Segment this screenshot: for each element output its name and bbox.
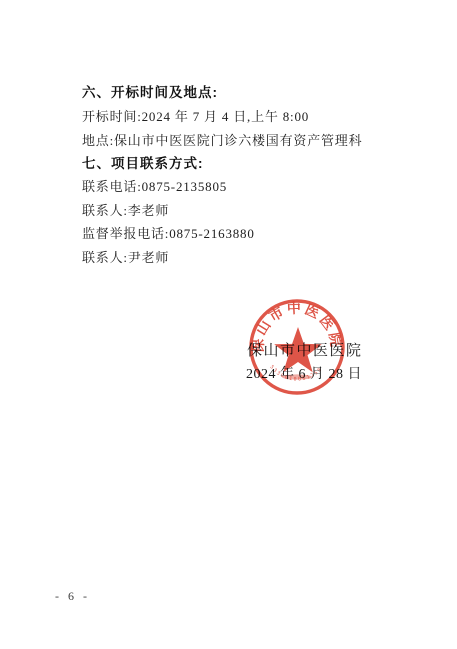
seal-star-icon — [274, 327, 322, 372]
line-bid-location: 地点:保山市中医医院门诊六楼国有资产管理科 — [82, 134, 362, 148]
seal-code: 5330010061758 — [268, 364, 324, 382]
page-number: - 6 - — [55, 589, 90, 604]
line-bid-time: 开标时间:2024 年 7 月 4 日,上午 8:00 — [82, 110, 309, 124]
seal-ink-smudge — [282, 374, 312, 379]
line-contact-person-2: 联系人:尹老师 — [82, 251, 169, 265]
line-contact-phone: 联系电话:0875-2135805 — [82, 180, 227, 194]
section-heading-bid-opening: 六、开标时间及地点: — [82, 86, 218, 100]
official-seal-stamp: 保山市中医医院 5330010061758 — [227, 277, 367, 417]
document-page: 六、开标时间及地点: 开标时间:2024 年 7 月 4 日,上午 8:00 地… — [0, 0, 457, 649]
line-supervision-phone: 监督举报电话:0875-2163880 — [82, 227, 255, 241]
line-contact-person-1: 联系人:李老师 — [82, 204, 169, 218]
section-heading-contact: 七、项目联系方式: — [82, 157, 204, 171]
